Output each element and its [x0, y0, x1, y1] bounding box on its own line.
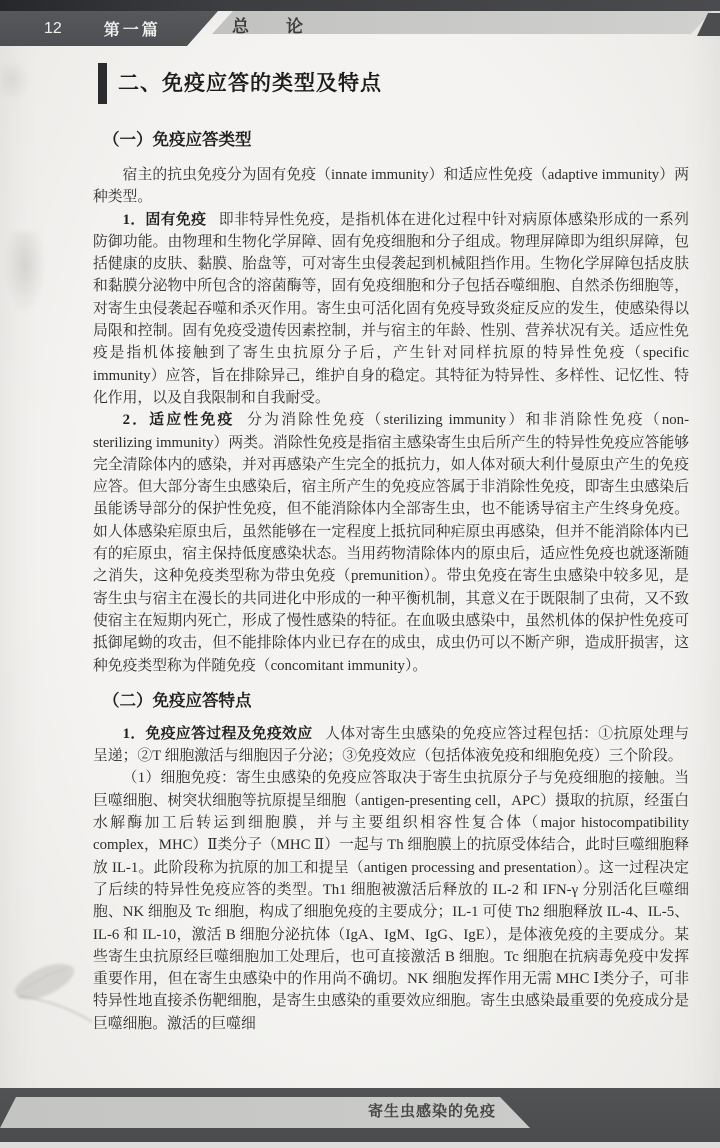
section-heading-bar	[98, 63, 107, 104]
subsection-2-heading: （二）免疫应答特点	[103, 689, 689, 713]
paragraph-text: 即非特异性免疫，是指机体在进化过程中针对病原体感染形成的一系列防御功能。由物理和…	[93, 212, 689, 406]
page-body: （一）免疫应答类型 宿主的抗虫免疫分为固有免疫（innate immunity）…	[93, 120, 689, 1035]
paragraph-lead: 1．免疫应答过程及免疫效应	[123, 726, 313, 742]
paragraph-response-process: 1．免疫应答过程及免疫效应人体对寄生虫感染的免疫应答过程包括：①抗原处理与呈递；…	[93, 723, 689, 768]
header-part-title-band: 总 论	[212, 11, 712, 34]
scan-bottom-edge	[0, 1142, 720, 1148]
margin-smudge	[0, 60, 30, 100]
paragraph-lead: 1．固有免疫	[123, 212, 207, 228]
paragraph-lead: 2．适应性免疫	[123, 412, 235, 428]
subsection-1-heading: （一）免疫应答类型	[103, 128, 689, 152]
paragraph-adaptive-immunity: 2．适应性免疫分为消除性免疫（sterilizing immunity）和非消除…	[93, 409, 689, 677]
section-heading: 二、免疫应答的类型及特点	[98, 63, 382, 104]
section-title: 二、免疫应答的类型及特点	[118, 63, 382, 104]
paragraph-cellular-immunity: （1）细胞免疫：寄生虫感染的免疫应答取决于寄生虫抗原分子与免疫细胞的接触。当巨噬…	[93, 767, 689, 1035]
scan-top-edge	[0, 0, 720, 11]
header-dark-band: 12 第一篇	[0, 11, 218, 46]
paragraph-innate-immunity: 1．固有免疫即非特异性免疫，是指机体在进化过程中针对病原体感染形成的一系列防御功…	[93, 209, 689, 410]
part-label: 第一篇	[104, 17, 161, 40]
margin-smudge	[4, 232, 46, 314]
page-number: 12	[44, 20, 62, 38]
part-title: 总 论	[232, 12, 304, 37]
footer-title-strip: 寄生虫感染的免疫	[0, 1097, 530, 1128]
scanned-book-page: 总 论 12 第一篇 二、免疫应答的类型及特点 （一）免疫应答类型 宿主的抗虫免…	[0, 0, 720, 1148]
feather-smudge	[8, 956, 100, 1028]
paragraph-intro: 宿主的抗虫免疫分为固有免疫（innate immunity）和适应性免疫（ada…	[93, 164, 689, 209]
paragraph-text: 分为消除性免疫（sterilizing immunity）和非消除性免疫（non…	[93, 412, 689, 673]
